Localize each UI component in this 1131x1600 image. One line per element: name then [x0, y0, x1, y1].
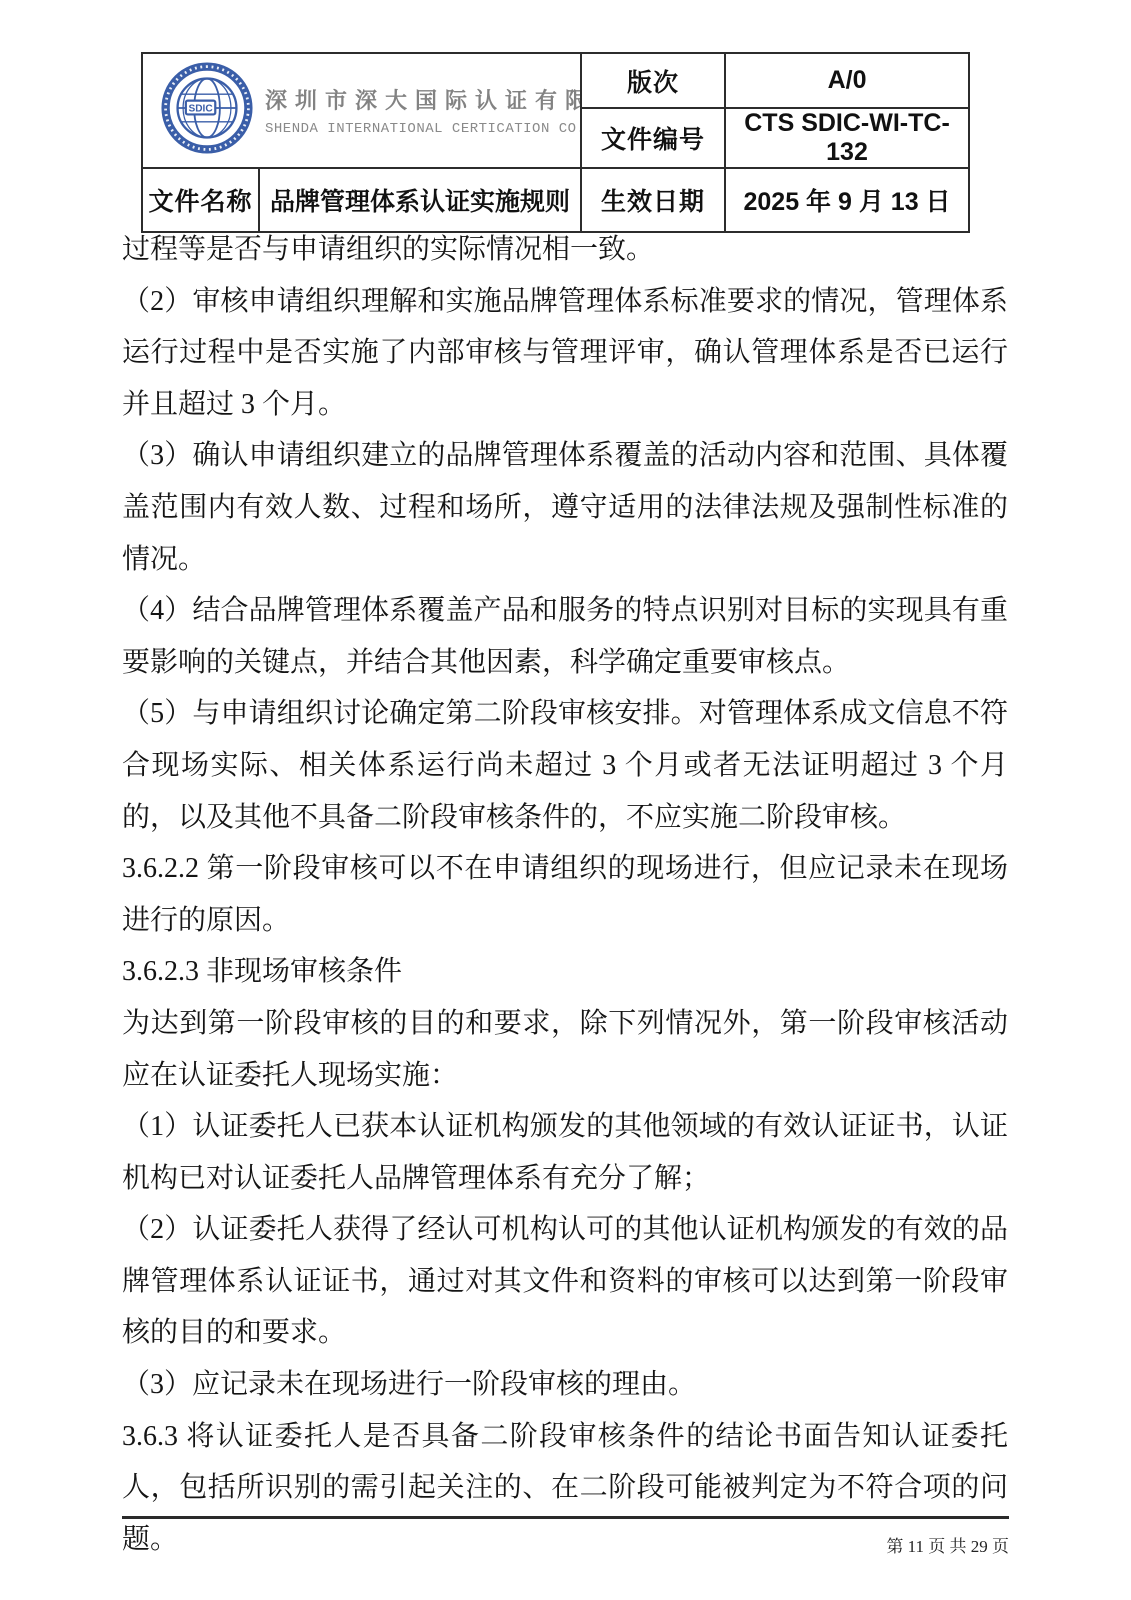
company-name-en: SHENDA INTERNATIONAL CERTICATION CO., LT… — [265, 121, 581, 137]
doc-name-value: 品牌管理体系认证实施规则 — [259, 168, 581, 232]
paragraph: 为达到第一阶段审核的目的和要求，除下列情况外，第一阶段审核活动应在认证委托人现场… — [122, 998, 1008, 1101]
doc-number-label: 文件编号 — [581, 108, 725, 168]
version-label: 版次 — [581, 53, 725, 108]
version-value: A/0 — [725, 53, 969, 108]
effective-date-value: 2025 年 9 月 13 日 — [725, 168, 969, 232]
paragraph: （3）应记录未在现场进行一阶段审核的理由。 — [122, 1359, 1008, 1411]
paragraph: （4）结合品牌管理体系覆盖产品和服务的特点识别对目标的实现具有重要影响的关键点，… — [122, 585, 1008, 688]
doc-name-label: 文件名称 — [142, 168, 259, 232]
paragraph: 3.6.2.3 非现场审核条件 — [122, 946, 1008, 998]
document-body: 过程等是否与申请组织的实际情况相一致。 （2）审核申请组织理解和实施品牌管理体系… — [122, 224, 1008, 1565]
paragraph: （1）认证委托人已获本认证机构颁发的其他领域的有效认证证书，认证机构已对认证委托… — [122, 1101, 1008, 1204]
paragraph: （3）确认申请组织建立的品牌管理体系覆盖的活动内容和范围、具体覆盖范围内有效人数… — [122, 430, 1008, 585]
document-header-table: SDIC 深圳市深大国际认证有限公司 SHENDA INTERNATIONAL … — [141, 52, 970, 233]
logo-monogram-text: SDIC — [188, 104, 213, 115]
effective-date-label: 生效日期 — [581, 168, 725, 232]
paragraph: （2）认证委托人获得了经认可机构认可的其他认证机构颁发的有效的品牌管理体系认证证… — [122, 1204, 1008, 1359]
paragraph: 3.6.2.2 第一阶段审核可以不在申请组织的现场进行，但应记录未在现场进行的原… — [122, 843, 1008, 946]
footer-divider — [122, 1516, 1009, 1519]
company-logo-icon: SDIC — [161, 62, 253, 159]
page-number: 第 11 页 共 29 页 — [122, 1532, 1009, 1557]
paragraph: （2）审核申请组织理解和实施品牌管理体系标准要求的情况，管理体系运行过程中是否实… — [122, 276, 1008, 431]
doc-number-value: CTS SDIC-WI-TC-132 — [725, 108, 969, 168]
paragraph: （5）与申请组织讨论确定第二阶段审核安排。对管理体系成文信息不符合现场实际、相关… — [122, 688, 1008, 843]
company-name-cn: 深圳市深大国际认证有限公司 — [265, 84, 581, 115]
document-page: SDIC 深圳市深大国际认证有限公司 SHENDA INTERNATIONAL … — [0, 0, 1131, 1600]
paragraph: 过程等是否与申请组织的实际情况相一致。 — [122, 224, 1008, 276]
company-logo-cell: SDIC 深圳市深大国际认证有限公司 SHENDA INTERNATIONAL … — [142, 53, 581, 168]
